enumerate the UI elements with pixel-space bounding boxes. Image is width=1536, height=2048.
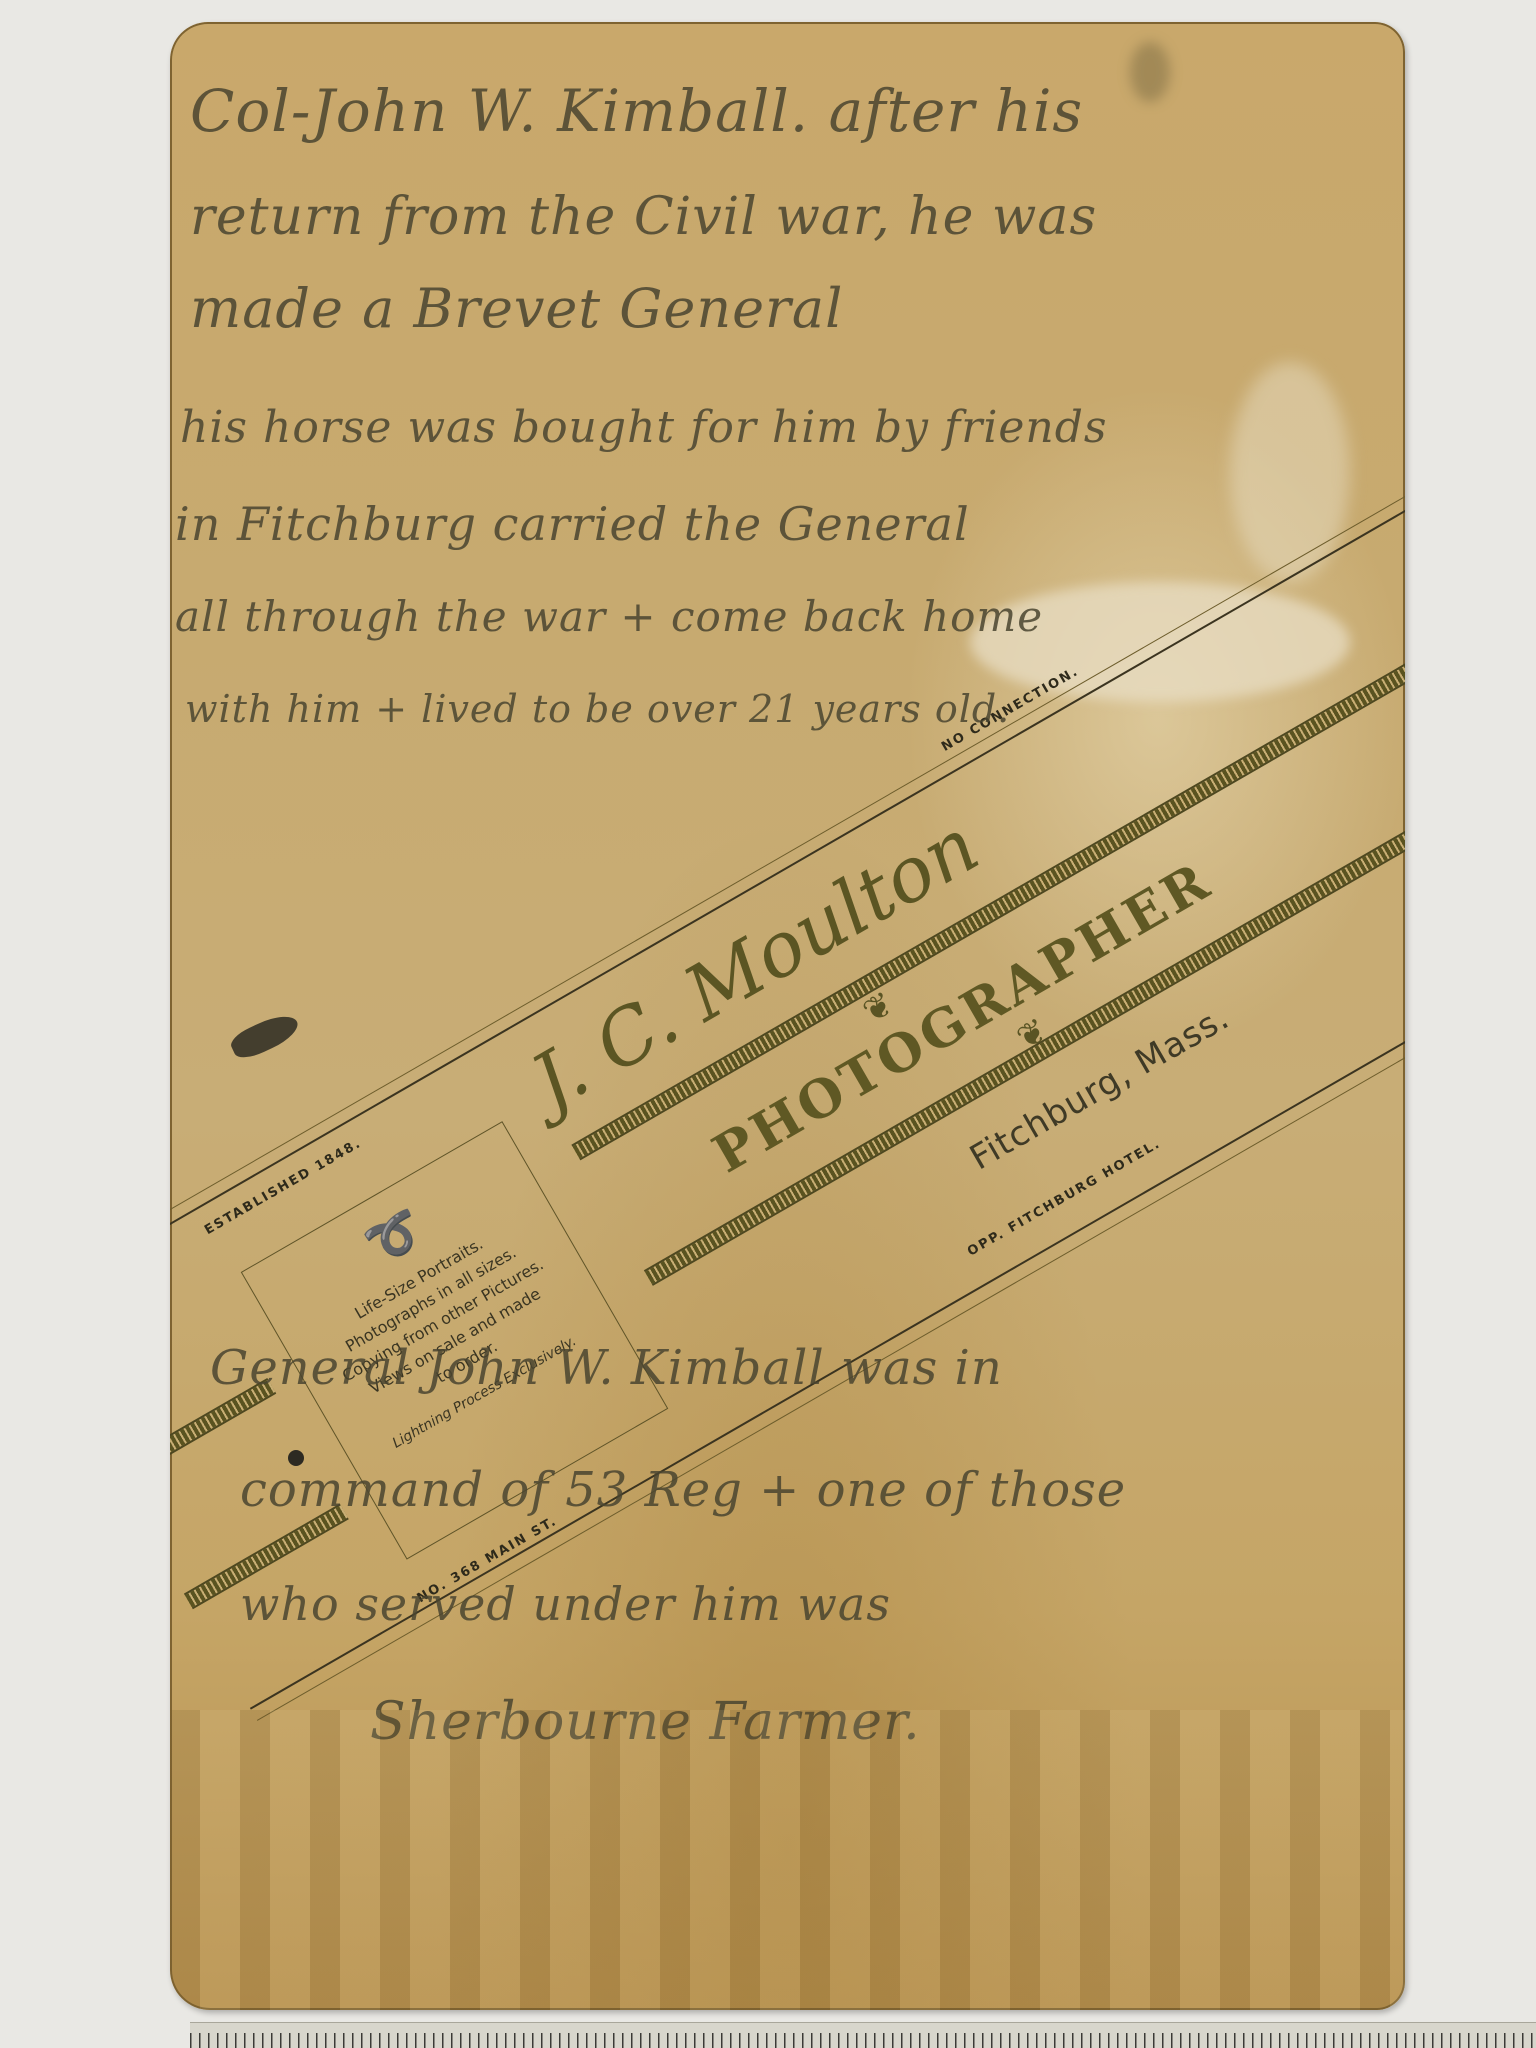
warp-shadow — [170, 1710, 1405, 2010]
handwritten-line: who served under him was — [240, 1577, 891, 1631]
handwritten-line: command of 53 Reg + one of those — [240, 1462, 1126, 1518]
handwritten-line: General John W. Kimball was in — [210, 1340, 1003, 1396]
handwritten-line: with him + lived to be over 21 years old… — [185, 687, 1010, 731]
handwritten-line: in Fitchburg carried the General — [175, 497, 970, 551]
dark-spot — [1130, 42, 1170, 102]
ruler-ticks — [190, 2033, 1536, 2048]
measuring-ruler — [190, 2022, 1536, 2048]
ink-smudge — [227, 1009, 302, 1064]
handwritten-line: return from the Civil war, he was — [190, 187, 1097, 247]
divider — [170, 449, 1405, 1300]
handwritten-line: his horse was bought for him by friends — [180, 402, 1108, 453]
handwritten-line: made a Brevet General — [190, 277, 843, 340]
handwritten-line: Col-John W. Kimball. after his — [190, 77, 1083, 145]
divider — [170, 460, 1405, 1312]
cabinet-card-back: NO CONNECTION. ESTABLISHED 1848. J. C. M… — [170, 22, 1405, 2010]
handwritten-line: all through the war + come back home — [175, 592, 1043, 641]
